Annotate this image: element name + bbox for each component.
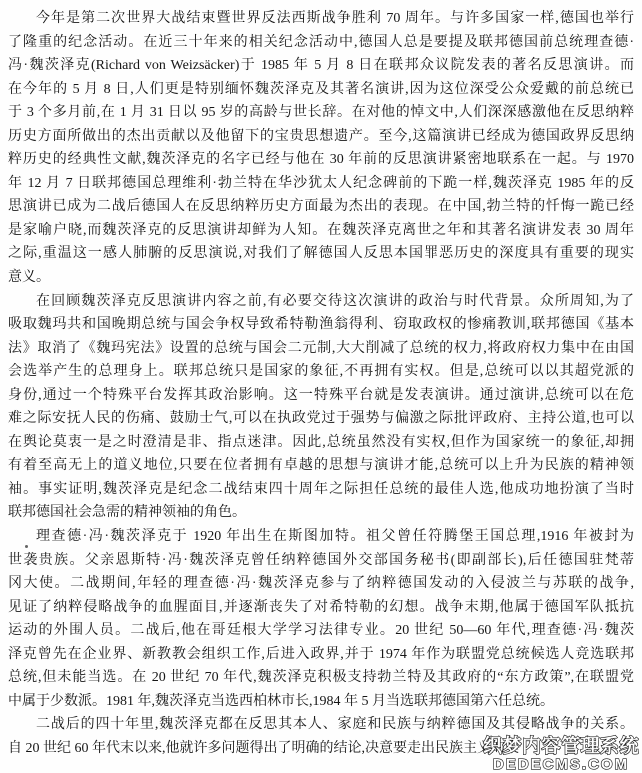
text-line-p1-l10: 是家喻户晓,而魏茨泽克的反思演讲却鲜为人知。在魏茨泽克离世之年和其著名演讲发表 …	[8, 219, 634, 243]
text-line-p2-l2: 吸取魏玛共和国晚期总统与国会争权导致希特勒渔翁得利、窃取政权的惨痛教训,联邦德国…	[8, 313, 634, 337]
watermark-text-domain: DEDECMS.COM	[483, 757, 639, 772]
text-line-p1-l6: 历史方面所做出的杰出贡献以及他留下的宝贵思想遗产。至今,这篇演讲已经成为德国政界…	[8, 125, 634, 149]
text-line-p3-l7: 总统,但未能当选。在 20 世纪 70 年代,魏茨泽克积极支持勃兰特及其政府的“…	[8, 666, 634, 690]
article-text: 今年是第二次世界大战结束暨世界反法西斯战争胜利 70 周年。与许多国家一样,德国…	[8, 7, 634, 761]
text-line-p1-l2: 了隆重的纪念活动。在近三十年来的相关纪念活动中,德国人总是要提及联邦德国前总统理…	[8, 31, 634, 55]
text-line-p2-l9: 袖。事实证明,魏茨泽克是纪念二战结束四十周年之际担任总统的最佳人选,他成功地扮演…	[8, 478, 634, 502]
text-line-p2-l8: 有着至高无上的道义地位,只要在位者拥有卓越的思想与演讲才能,总统可以上升为民族的…	[8, 454, 634, 478]
text-line-p2-l6: 难之际安抚人民的伤痛、鼓励士气,可以在执政党过于强势与偏激之际批评政府、主持公道…	[8, 407, 634, 431]
text-line-p1-l3: 冯·魏茨泽克(Richard von Weizsäcker)于 1985 年 5…	[8, 54, 634, 78]
text-line-p1-l5: 于 3 个多月前,在 1 月 31 日以 95 岁的高龄与世长辞。在对他的悼文中…	[8, 101, 634, 125]
text-line-p2-l3: 法》取消了《魏玛宪法》设置的总统与国会二元制,大大削减了总统的权力,将政府权力集…	[8, 337, 634, 361]
text-line-p3-l2: 世袭贵族。父亲恩斯特·冯·魏茨泽克曾任纳粹德国外交部国务秘书(即副部长),后任德…	[8, 549, 634, 573]
text-line-p1-l9: 思演讲已成为二战后德国人在反思纳粹历史方面最为杰出的表现。在中国,勃兰特的忏悔一…	[8, 195, 634, 219]
text-line-p1-l1: 今年是第二次世界大战结束暨世界反法西斯战争胜利 70 周年。与许多国家一样,德国…	[8, 7, 634, 31]
text-line-p1-l11: 之际,重温这一感人肺腑的反思演说,对我们了解德国人反思本国罪恶历史的深度具有重要…	[8, 242, 634, 266]
text-line-p3-l1: 理查德·冯·魏茨泽克于 1920 年出生在斯图加特。祖父曾任符腾堡王国总理,19…	[8, 525, 634, 549]
text-line-p1-l12: 意义。	[8, 266, 634, 290]
text-line-p1-l8: 年 12 月 7 日联邦德国总理维利·勃兰特在华沙犹太人纪念碑前的下跪一样,魏茨…	[8, 172, 634, 196]
text-line-p1-l4: 在今年的 5 月 8 日,人们更是特别缅怀魏茨泽克及其著名演讲,因为这位深受公众…	[8, 78, 634, 102]
text-line-p3-l3: 冈大使。二战期间,年轻的理查德·冯·魏茨泽克参与了纳粹德国发动的入侵波兰与苏联的…	[8, 572, 634, 596]
text-line-p3-l8: 中属于少数派。1981 年,魏茨泽克当选西柏林市长,1984 年 5 月当选联邦…	[8, 690, 634, 714]
scan-artifact-dot	[25, 545, 28, 548]
text-line-p2-l7: 在舆论莫衷一是之时澄清是非、指点迷津。因此,总统虽然没有实权,但作为国家统一的象…	[8, 431, 634, 455]
text-line-p2-l5: 身份,通过一个特殊平台发挥其政治影响。这一特殊平台就是发表演讲。通过演讲,总统可…	[8, 384, 634, 408]
text-line-p4-l1: 二战后的四十年里,魏茨泽克都在反思其本人、家庭和民族与纳粹德国及其侵略战争的关系…	[8, 713, 634, 737]
document-page: 今年是第二次世界大战结束暨世界反法西斯战争胜利 70 周年。与许多国家一样,德国…	[0, 0, 642, 773]
text-line-p1-l7: 粹历史的经典性文献,魏茨泽克的名字已经与他在 30 年前的反思演讲紧密地联系在一…	[8, 148, 634, 172]
text-line-p2-l4: 会选举产生的总理身上。联邦总统只是国家的象征,不再拥有实权。但是,总统可以以其超…	[8, 360, 634, 384]
watermark-text-cn: 织梦内容管理系统	[483, 737, 639, 756]
dedecms-watermark: 织梦内容管理系统 DEDECMS.COM	[483, 737, 639, 772]
text-line-p3-l4: 见证了纳粹侵略战争的血腥面目,并逐渐丧失了对希特勒的幻想。战争末期,他属于德国军…	[8, 596, 634, 620]
text-line-p2-l1: 在回顾魏茨泽克反思演讲内容之前,有必要交待这次演讲的政治与时代背景。众所周知,为…	[8, 290, 634, 314]
text-line-p3-l6: 泽克曾先在企业界、新教教会组织工作,后进入政界,并于 1974 年作为联盟党总统…	[8, 643, 634, 667]
text-line-p2-l10: 联邦德国社会急需的精神领袖的角色。	[8, 501, 634, 525]
text-line-p3-l5: 运动的外围人员。二战后,他在哥廷根大学学习法律专业。20 世纪 50—60 年代…	[8, 619, 634, 643]
